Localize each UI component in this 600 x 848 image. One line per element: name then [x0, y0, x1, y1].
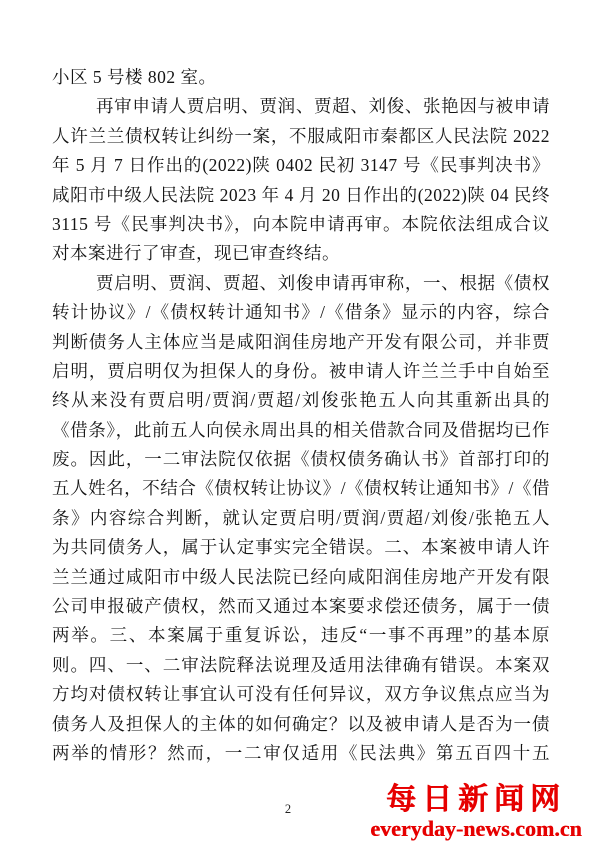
- text-line: 启明，贾启明仅为担保人的身份。被申请人许兰兰手中自始至: [52, 357, 550, 386]
- text-line: 《借条》，此前五人向侯永周出具的相关借款合同及借据均已作: [52, 416, 550, 445]
- text-line: 对本案进行了审查，现已审查终结。: [52, 239, 550, 268]
- text-line: 兰兰通过咸阳市中级人民法院已经向咸阳润佳房地产开发有限: [52, 563, 550, 592]
- text-line: 五人姓名，不结合《债权转让协议》/《债权转让通知书》/《借: [52, 474, 550, 503]
- text-line: 人许兰兰债权转让纠纷一案，不服咸阳市秦都区人民法院 2022: [52, 122, 550, 151]
- watermark-site-url: everyday-news.com.cn: [354, 818, 598, 840]
- text-line: 方均对债权转让事宜认可没有任何异议，双方争议焦点应当为: [52, 680, 550, 709]
- text-line: 转计协议》/《债权转计通知书》/《借条》显示的内容，综合: [52, 298, 550, 327]
- page-number: 2: [278, 802, 298, 817]
- text-line: 则。四、一、二审法院释法说理及适用法律确有错误。本案双: [52, 651, 550, 680]
- text-line: 两举的情形？然而，一二审仅适用《民法典》第五百四十五条、: [52, 739, 550, 768]
- watermark: 每日新闻网 everyday-news.com.cn: [354, 785, 598, 840]
- document-page: 小区 5 号楼 802 室。再审申请人贾启明、贾润、贾超、刘俊、张艳因与被申请人…: [0, 0, 600, 848]
- document-body: 小区 5 号楼 802 室。再审申请人贾启明、贾润、贾超、刘俊、张艳因与被申请人…: [52, 63, 550, 768]
- text-line: 债务人及担保人的主体的如何确定？以及被申请人是否为一债: [52, 710, 550, 739]
- text-line: 公司申报破产债权，然而又通过本案要求偿还债务，属于一债: [52, 592, 550, 621]
- text-line: 终从来没有贾启明/贾润/贾超/刘俊张艳五人向其重新出具的: [52, 386, 550, 415]
- text-line: 条》内容综合判断，就认定贾启明/贾润/贾超/刘俊/张艳五人: [52, 504, 550, 533]
- text-line: 两举。三、本案属于重复诉讼，违反“一事不再理”的基本原: [52, 621, 550, 650]
- text-line: 小区 5 号楼 802 室。: [52, 63, 550, 92]
- watermark-site-name: 每日新闻网: [354, 785, 598, 815]
- text-line: 年 5 月 7 日作出的(2022)陕 0402 民初 3147 号《民事判决书…: [52, 151, 550, 180]
- text-line: 判断债务人主体应当是咸阳润佳房地产开发有限公司，并非贾: [52, 328, 550, 357]
- text-line: 3115 号《民事判决书》，向本院申请再审。本院依法组成合议庭: [52, 210, 550, 239]
- text-line: 咸阳市中级人民法院 2023 年 4 月 20 日作出的(2022)陕 04 民…: [52, 181, 550, 210]
- text-line: 为共同债务人，属于认定事实完全错误。二、本案被申请人许: [52, 533, 550, 562]
- text-line: 贾启明、贾润、贾超、刘俊申请再审称，一、根据《债权: [52, 269, 550, 298]
- text-line: 再审申请人贾启明、贾润、贾超、刘俊、张艳因与被申请: [52, 92, 550, 121]
- text-line: 废。因此，一二审法院仅依据《债权债务确认书》首部打印的: [52, 445, 550, 474]
